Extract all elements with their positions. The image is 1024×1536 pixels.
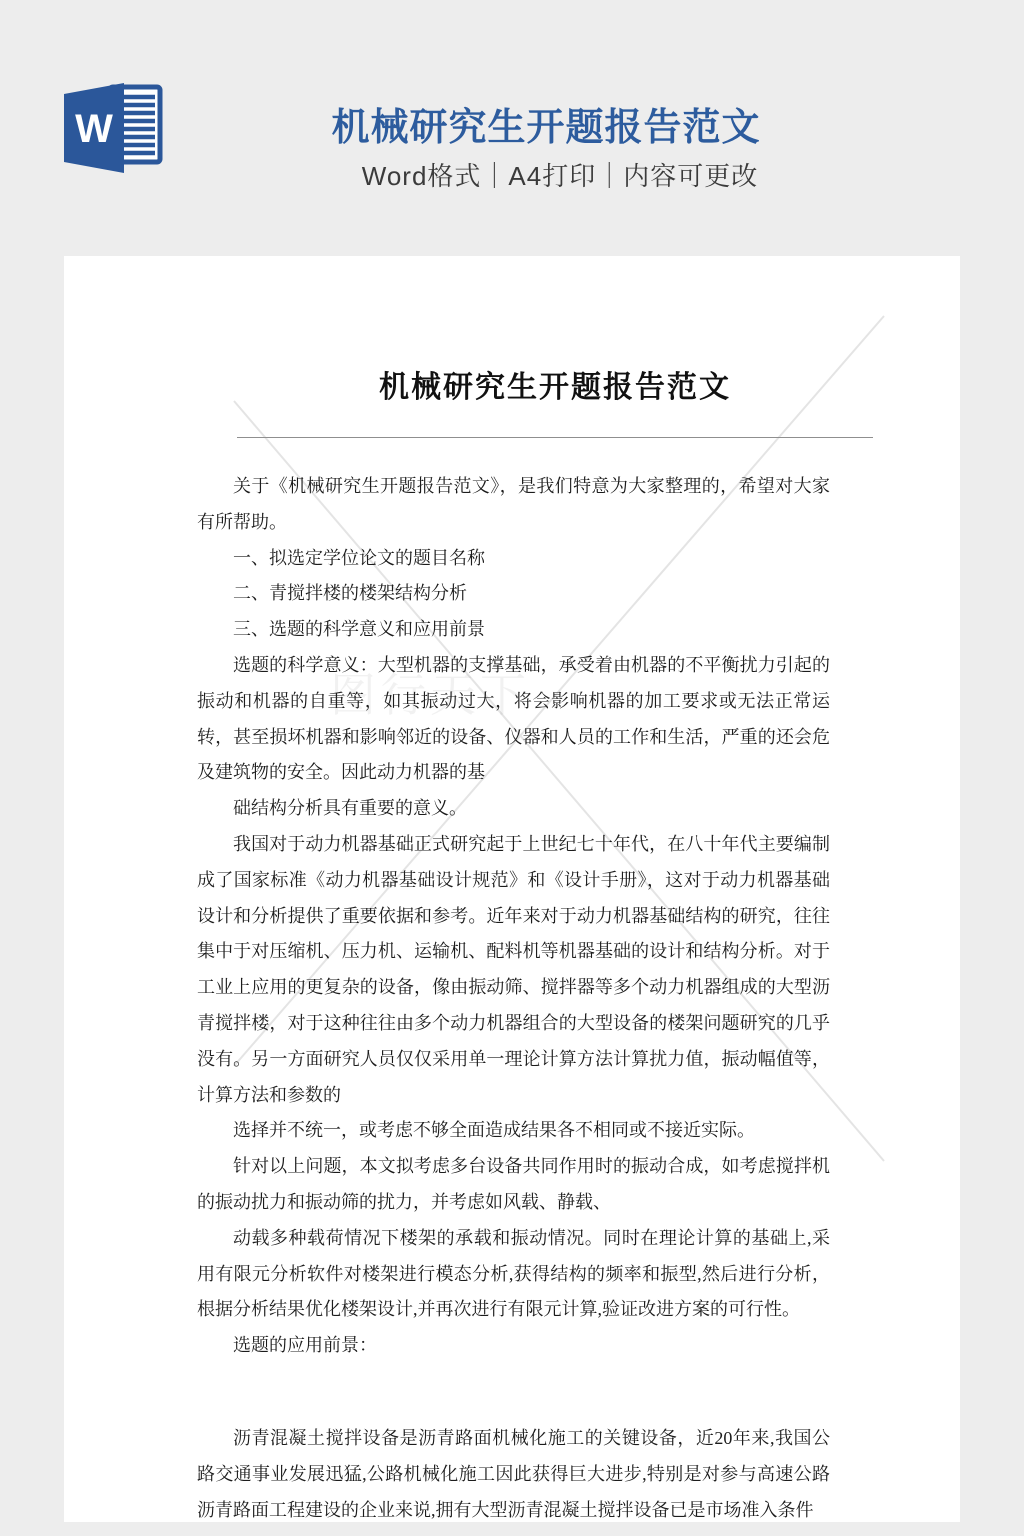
word-icon: W — [62, 80, 164, 176]
paragraph: 选择并不统一，或考虑不够全面造成结果各不相同或不接近实际。 — [197, 1113, 830, 1149]
paragraph: 一、拟选定学位论文的题目名称 — [197, 541, 830, 577]
header-subtitle: Word格式｜A4打印｜内容可更改 — [362, 156, 758, 193]
paragraph: 我国对于动力机器基础正式研究起于上世纪七十年代，在八十年代主要编制成了国家标准《… — [197, 827, 830, 1113]
paragraph: 针对以上问题，本文拟考虑多台设备共同作用时的振动合成，如考虑搅拌机的振动扰力和振… — [197, 1149, 830, 1221]
paragraph: 关于《机械研究生开题报告范文》，是我们特意为大家整理的，希望对大家有所帮助。 — [197, 469, 830, 541]
paragraph: 础结构分析具有重要的意义。 — [197, 791, 830, 827]
paragraph: 二、青搅拌楼的楼架结构分析 — [197, 576, 830, 612]
word-icon-letter: W — [75, 107, 113, 151]
document-title: 机械研究生开题报告范文 — [237, 362, 873, 406]
paragraph: 选题的科学意义：大型机器的支撑基础，承受着由机器的不平衡扰力引起的振动和机器的自… — [197, 648, 830, 791]
paragraph: 沥青混凝土搅拌设备是沥青路面机械化施工的关键设备，近20年来,我国公路交通事业发… — [197, 1421, 830, 1528]
header-title: 机械研究生开题报告范文 — [331, 96, 760, 151]
page-header: W 机械研究生开题报告范文 Word格式｜A4打印｜内容可更改 — [0, 0, 1024, 256]
document-page: 图行天下 机械研究生开题报告范文 关于《机械研究生开题报告范文》，是我们特意为大… — [64, 256, 960, 1522]
document-body: 关于《机械研究生开题报告范文》，是我们特意为大家整理的，希望对大家有所帮助。一、… — [197, 469, 830, 1528]
paragraph: 三、选题的科学意义和应用前景 — [197, 612, 830, 648]
paragraph: 选题的应用前景： — [197, 1328, 830, 1364]
paragraph: 动载多种载荷情况下楼架的承载和振动情况。同时在理论计算的基础上,采用有限元分析软… — [197, 1221, 830, 1328]
title-divider — [237, 437, 873, 438]
